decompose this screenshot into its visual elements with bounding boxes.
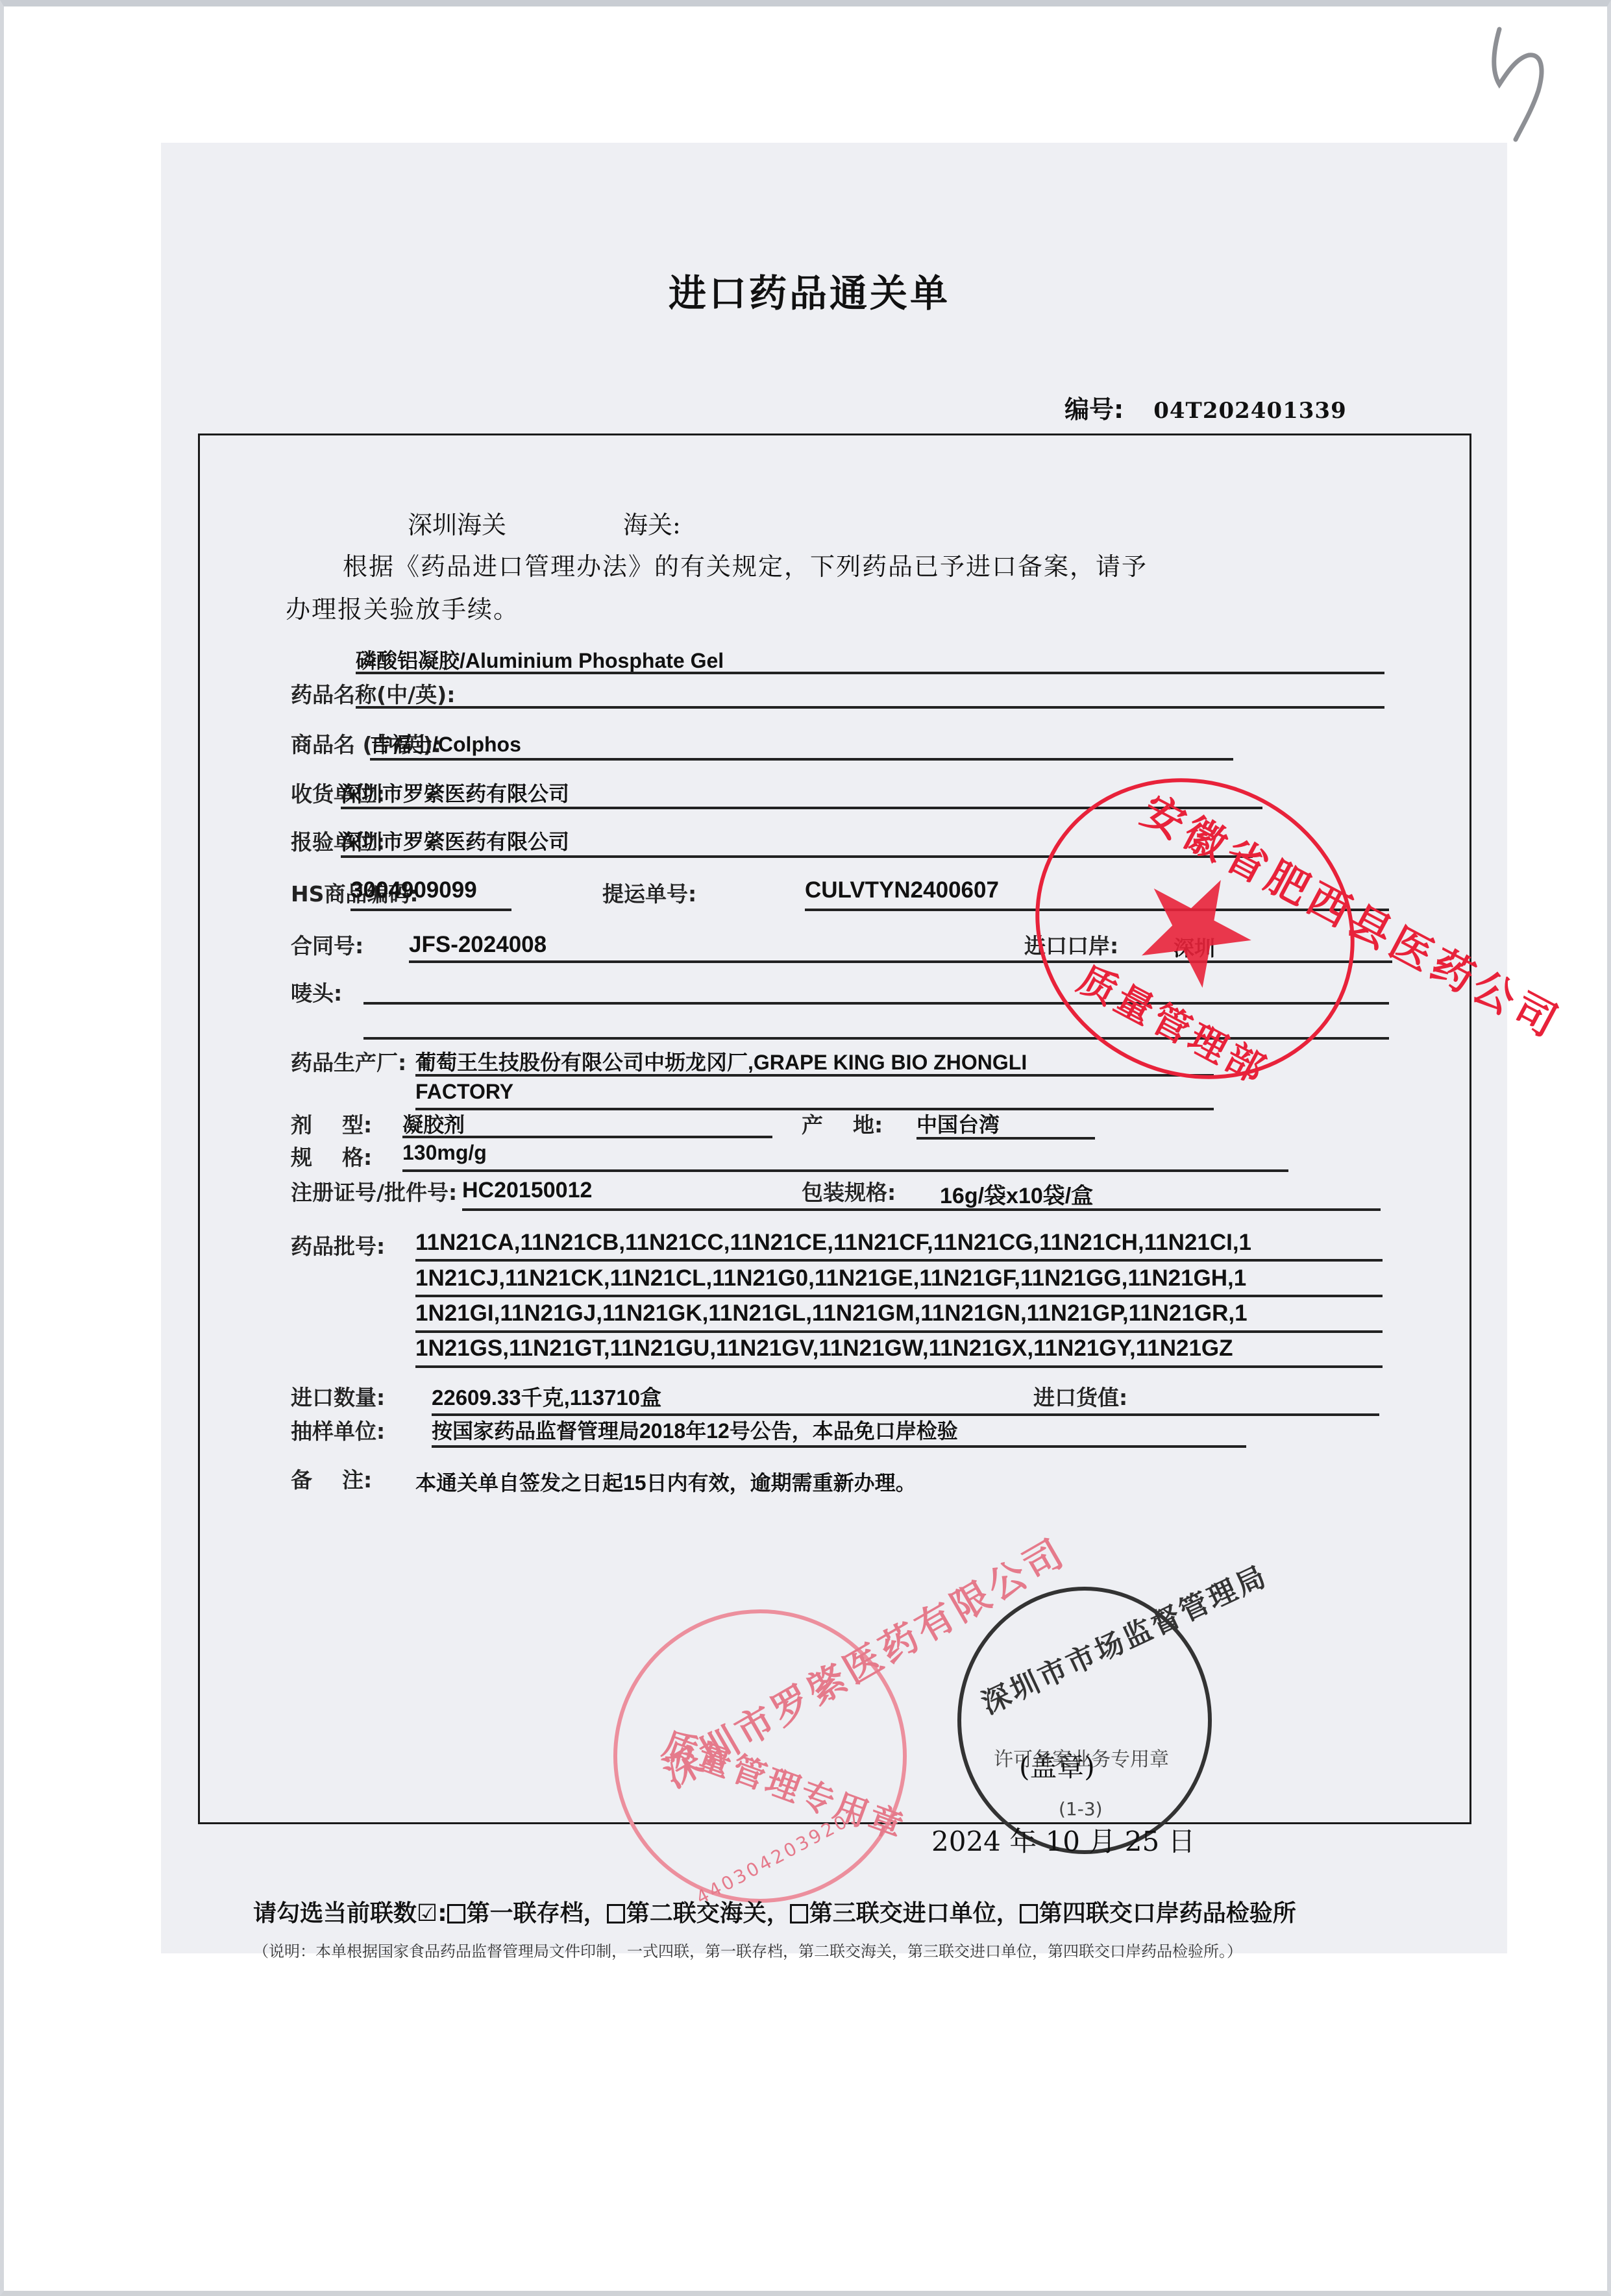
serial-label: 编号: (1064, 395, 1124, 424)
batch-line-2: 1N21CJ,11N21CK,11N21CL,11N21G0,11N21GE,1… (415, 1265, 1246, 1291)
customs-secondary: 海关: (623, 505, 681, 541)
dosage-form-label: 剂 型: (291, 1108, 372, 1139)
trade-name-value: 吉福士/Colphos (370, 728, 521, 758)
copy-1-label: 第一联存档， (467, 1900, 607, 1927)
copy-4-checkbox[interactable] (1020, 1904, 1038, 1924)
copy-2-checkbox[interactable] (607, 1904, 625, 1924)
document-title: 进口药品通关单 (669, 263, 950, 317)
origin-underline (916, 1137, 1095, 1140)
packaging-label: 包装规格: (802, 1176, 896, 1206)
batch-underline-4 (415, 1365, 1383, 1368)
copy-4-label: 第四联交口岸药品检验所 (1039, 1900, 1296, 1927)
black-regulator-stamp: 深圳市市场监督管理局 许可备案业务专用章 (1-3) (957, 1587, 1212, 1854)
manufacturer-label: 药品生产厂: (291, 1046, 406, 1077)
copy-3-label: 第三联交进口单位， (809, 1900, 1020, 1927)
contract-label: 合同号: (291, 929, 363, 960)
drug-name-value: 磷酸铝凝胶/Aluminium Phosphate Gel (356, 644, 724, 674)
batch-underline-1 (415, 1259, 1383, 1262)
hs-code-underline (350, 909, 511, 911)
hs-code-value: 3004909099 (350, 877, 477, 903)
batch-underline-2 (415, 1295, 1383, 1297)
contract-value: JFS-2024008 (409, 932, 547, 958)
copy-prompt: 请勾选当前联数☑: (253, 1900, 447, 1927)
batch-label: 药品批号: (291, 1230, 385, 1260)
consignee-value: 深圳市罗綮医药有限公司 (341, 777, 569, 807)
serial-number: 编号:04T202401339 (1064, 389, 1347, 425)
import-quantity-label: 进口数量: (291, 1381, 385, 1411)
customs-primary: 深圳海关 (408, 505, 506, 541)
manufacturer-value-line-2: FACTORY (415, 1080, 513, 1104)
drug-name-underline-1 (356, 672, 1384, 674)
bill-of-lading-value: CULVTYN2400607 (805, 877, 999, 903)
shipping-mark-label: 唛头: (291, 977, 342, 1007)
remarks-value: 本通关单自签发之日起15日内有效，逾期需重新办理。 (415, 1467, 916, 1496)
batch-line-1: 11N21CA,11N21CB,11N21CC,11N21CE,11N21CF,… (415, 1230, 1251, 1256)
bill-of-lading-label: 提运单号: (602, 877, 696, 908)
drug-name-label: 药品名称(中/英): (291, 678, 455, 709)
sampling-unit-value: 按国家药品监督管理局2018年12号公告，本品免口岸检验 (432, 1415, 958, 1445)
intro-line-1: 根据《药品进口管理办法》的有关规定，下列药品已予进口备案，请予 (343, 546, 1148, 582)
import-quantity-value: 22609.33千克,113710盒 (432, 1381, 661, 1411)
footer-note: （说明：本单根据国家食品药品监督管理局文件印制，一式四联，第一联存档，第二联交海… (253, 1938, 1242, 1961)
batch-line-3: 1N21GI,11N21GJ,11N21GK,11N21GL,11N21GM,1… (415, 1301, 1248, 1326)
intro-line-2: 办理报关验放手续。 (286, 589, 519, 625)
import-value-label: 进口货值: (1033, 1381, 1127, 1411)
copy-3-checkbox[interactable] (790, 1904, 808, 1924)
copy-1-checkbox[interactable] (447, 1904, 465, 1924)
issue-date: 2024 年 10 月 25 日 (931, 1820, 1196, 1859)
batch-line-4: 1N21GS,11N21GT,11N21GU,11N21GV,11N21GW,1… (415, 1336, 1233, 1362)
drug-name-underline-2 (356, 706, 1384, 709)
manufacturer-value-line-1: 葡萄王生技股份有限公司中坜龙冈厂,GRAPE KING BIO ZHONGLI (415, 1046, 1027, 1076)
registration-underline (462, 1208, 1381, 1211)
sampling-unit-label: 抽样单位: (291, 1415, 385, 1445)
batch-underline-3 (415, 1330, 1383, 1333)
copy-2-label: 第二联交海关， (626, 1900, 790, 1927)
inspection-applicant-value: 深圳市罗綮医药有限公司 (341, 825, 569, 855)
remarks-label: 备 注: (291, 1463, 372, 1494)
origin-label: 产 地: (802, 1108, 883, 1139)
copy-selector: 请勾选当前联数☑:第一联存档，第二联交海关，第三联交进口单位，第四联交口岸药品检… (253, 1895, 1296, 1928)
manufacturer-underline-1 (415, 1074, 1214, 1077)
black-stamp-sub-text: (1-3) (1059, 1798, 1103, 1820)
packaging-value: 16g/袋x10袋/盒 (940, 1178, 1093, 1210)
origin-value: 中国台湾 (916, 1108, 1000, 1138)
dosage-form-value: 凝胶剂 (402, 1108, 465, 1138)
seal-label: (盖章) (1019, 1746, 1095, 1785)
specification-label: 规 格: (291, 1141, 372, 1171)
specification-underline (402, 1169, 1288, 1172)
sampling-unit-underline (432, 1445, 1246, 1448)
registration-value: HC20150012 (462, 1178, 592, 1203)
serial-value: 04T202401339 (1153, 398, 1347, 424)
registration-label: 注册证号/批件号: (291, 1176, 457, 1206)
handwritten-page-mark-icon (1480, 13, 1558, 143)
dosage-form-underline (402, 1136, 772, 1138)
specification-value: 130mg/g (402, 1141, 487, 1165)
